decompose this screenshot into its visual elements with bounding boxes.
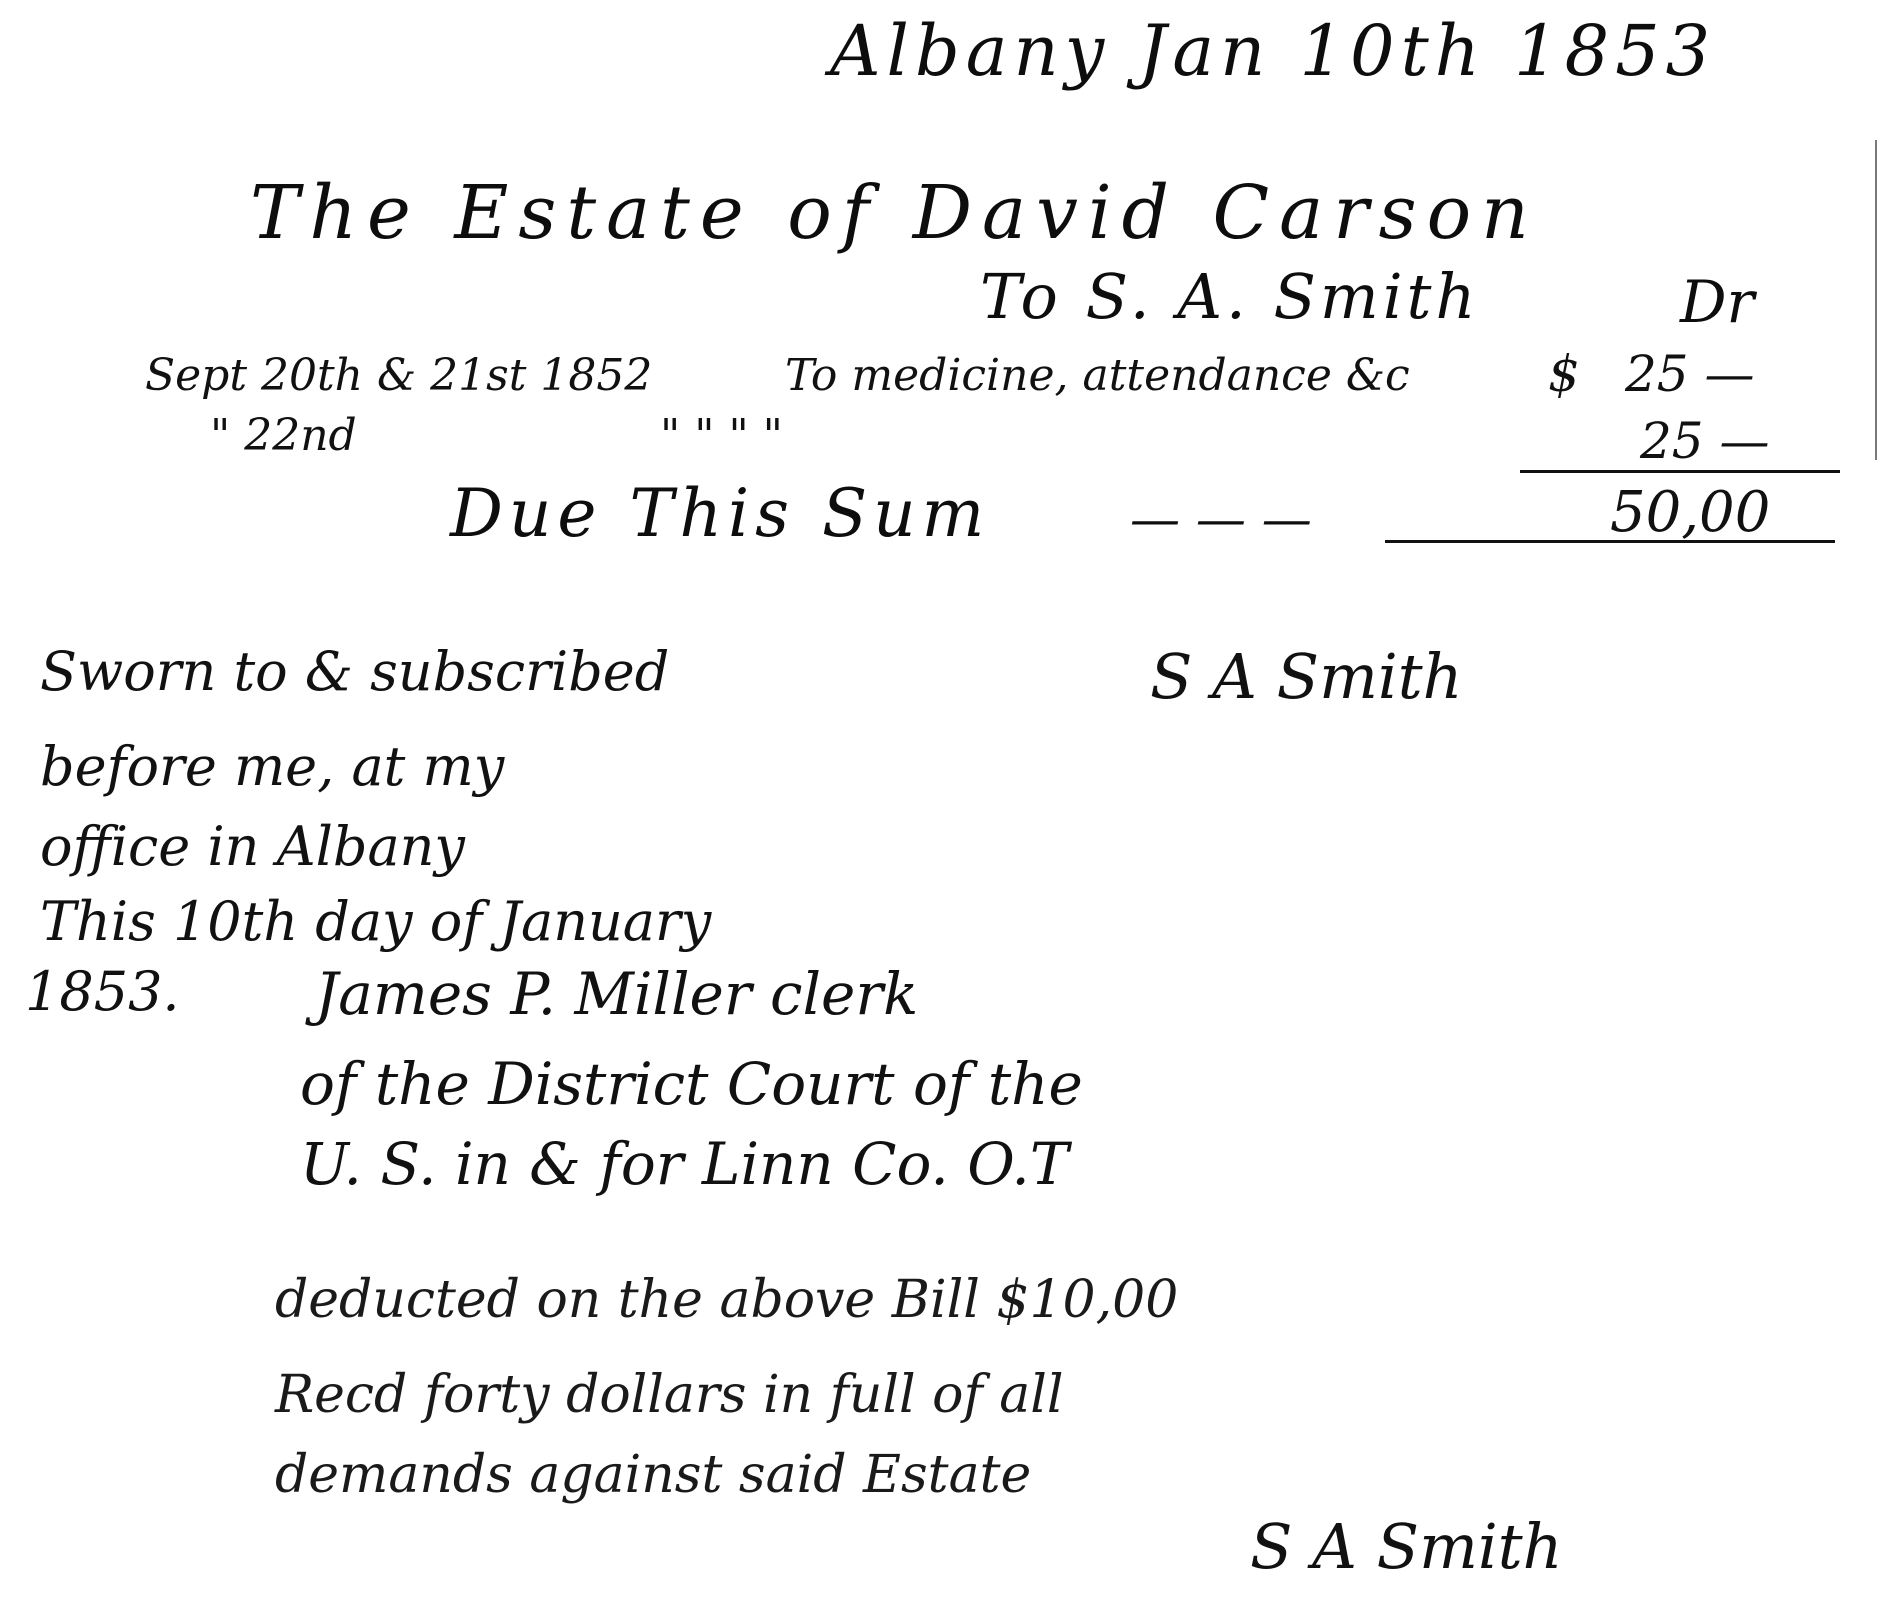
signature-smith: S A Smith — [1150, 640, 1463, 713]
bill-heading: The Estate of David Carson — [250, 170, 1539, 256]
subtotal-rule — [1520, 470, 1840, 473]
entry-date: " 22nd — [210, 410, 357, 461]
oath-line: before me, at my — [40, 735, 504, 798]
total-amount: 50,00 — [1610, 480, 1770, 545]
debit-marker: Dr — [1680, 268, 1754, 336]
total-dashes: — — — — [1130, 490, 1312, 548]
creditor-name: To S. A. Smith — [980, 260, 1479, 333]
entry-description: To medicine, attendance &c — [785, 350, 1410, 401]
clerk-line: James P. Miller clerk — [315, 960, 918, 1028]
entry-amount: 25 — — [1625, 345, 1755, 403]
place-and-date: Albany Jan 10th 1853 — [830, 10, 1716, 92]
clerk-line: U. S. in & for Linn Co. O.T — [300, 1130, 1069, 1198]
entry-date: Sept 20th & 21st 1852 — [145, 350, 652, 401]
page-edge-mark — [1875, 140, 1877, 460]
receipt-note-line: Recd forty dollars in full of all — [275, 1365, 1064, 1425]
oath-line: 1853. — [25, 960, 180, 1023]
receipt-note-line: demands against said Estate — [275, 1445, 1031, 1505]
currency-symbol: $ — [1548, 345, 1580, 403]
oath-line: Sworn to & subscribed — [40, 640, 669, 703]
oath-line: This 10th day of January — [40, 890, 711, 953]
oath-line: office in Albany — [40, 815, 465, 878]
signature-smith-receipt: S A Smith — [1250, 1510, 1563, 1583]
receipt-note-line: deducted on the above Bill $10,00 — [275, 1270, 1178, 1330]
total-label: Due This Sum — [450, 475, 990, 552]
clerk-line: of the District Court of the — [300, 1050, 1083, 1118]
entry-description: " " " " — [660, 410, 783, 461]
entry-amount: 25 — — [1640, 412, 1770, 470]
total-rule — [1385, 540, 1835, 543]
